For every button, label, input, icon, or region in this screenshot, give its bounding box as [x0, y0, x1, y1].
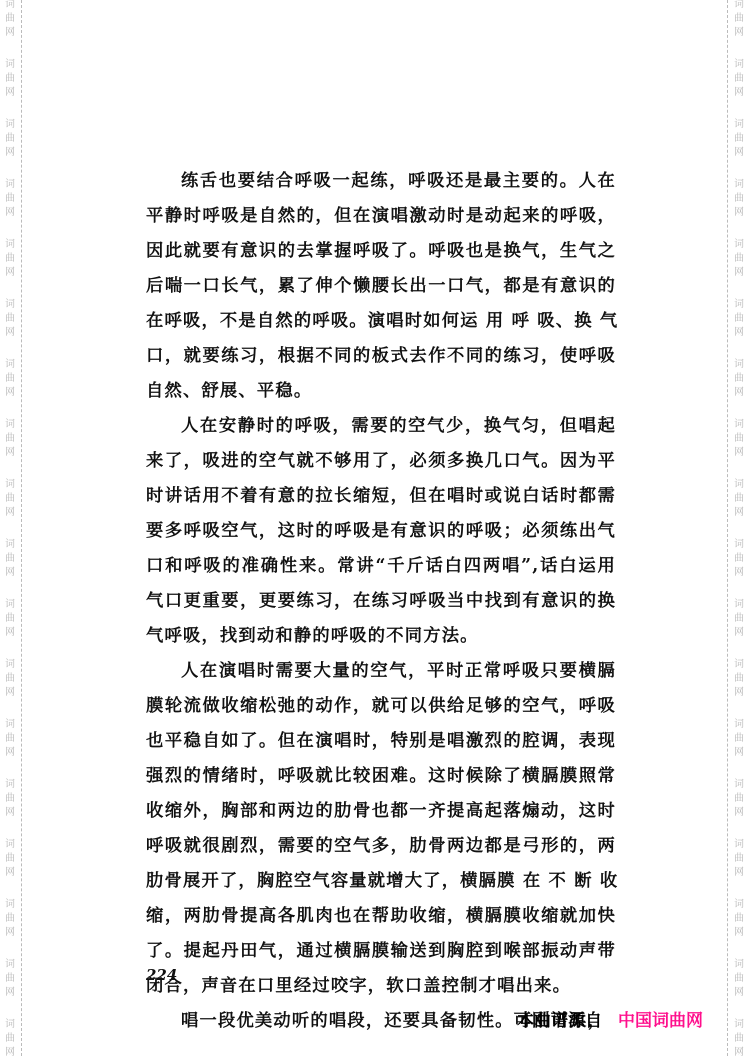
watermark-glyph: 词	[2, 118, 18, 132]
watermark-glyph: 网	[2, 866, 18, 880]
watermark-divider-left	[21, 0, 22, 1056]
watermark-glyph-group: 词曲网	[2, 178, 18, 220]
watermark-glyph: 网	[2, 386, 18, 400]
watermark-glyph: 词	[731, 478, 747, 492]
watermark-glyph: 网	[2, 506, 18, 520]
text-line: 气口更重要，更要练习，在练习呼吸当中找到有意识的换	[146, 584, 616, 619]
watermark-glyph-group: 词曲网	[2, 838, 18, 880]
watermark-glyph: 网	[731, 626, 747, 640]
text-line: 时讲话用不着有意的拉长缩短，但在唱时或说白话时都需	[146, 479, 616, 514]
watermark-glyph: 网	[731, 86, 747, 100]
watermark-glyph: 词	[731, 658, 747, 672]
watermark-glyph-group: 词曲网	[2, 298, 18, 340]
watermark-glyph: 词	[731, 1018, 747, 1032]
watermark-glyph-group: 词曲网	[731, 298, 747, 340]
watermark-glyph-group: 词曲网	[731, 238, 747, 280]
watermark-glyph: 网	[2, 26, 18, 40]
watermark-glyph: 词	[2, 478, 18, 492]
watermark-glyph: 网	[2, 206, 18, 220]
watermark-glyph: 曲	[731, 852, 747, 866]
watermark-glyph: 网	[2, 626, 18, 640]
watermark-glyph: 词	[2, 58, 18, 72]
watermark-glyph: 曲	[2, 492, 18, 506]
source-site-link[interactable]: 中国词曲网	[618, 1011, 703, 1031]
watermark-glyph: 曲	[731, 12, 747, 26]
watermark-glyph: 曲	[731, 192, 747, 206]
text-line: 平静时呼吸是自然的，但在演唱激动时是动起来的呼吸，	[146, 199, 616, 234]
watermark-glyph: 网	[731, 806, 747, 820]
watermark-glyph: 网	[731, 146, 747, 160]
watermark-glyph: 词	[2, 538, 18, 552]
watermark-glyph: 词	[2, 778, 18, 792]
watermark-glyph: 词	[2, 898, 18, 912]
text-line: 自然、舒展、平稳。	[146, 374, 616, 409]
watermark-glyph-group: 词曲网	[731, 658, 747, 700]
watermark-glyph: 词	[731, 838, 747, 852]
watermark-glyph: 网	[731, 986, 747, 1000]
watermark-glyph: 曲	[731, 1032, 747, 1046]
watermark-glyph-group: 词曲网	[2, 898, 18, 940]
watermark-glyph: 词	[731, 58, 747, 72]
watermark-glyph: 网	[731, 926, 747, 940]
watermark-glyph: 曲	[731, 612, 747, 626]
watermark-glyph-group: 词曲网	[2, 538, 18, 580]
watermark-glyph-group: 词曲网	[2, 718, 18, 760]
watermark-glyph: 词	[731, 238, 747, 252]
watermark-column-left: 词曲网词曲网词曲网词曲网词曲网词曲网词曲网词曲网词曲网词曲网词曲网词曲网词曲网词…	[0, 0, 20, 1056]
watermark-glyph-group: 词曲网	[2, 778, 18, 820]
text-line: 强烈的情绪时，呼吸就比较困难。这时候除了横膈膜照常	[146, 759, 616, 794]
text-line: 练舌也要结合呼吸一起练，呼吸还是最主要的。人在	[146, 164, 616, 199]
watermark-glyph: 曲	[2, 252, 18, 266]
watermark-glyph: 词	[731, 718, 747, 732]
watermark-glyph-group: 词曲网	[2, 658, 18, 700]
watermark-divider-right	[727, 0, 728, 1056]
watermark-column-right: 词曲网词曲网词曲网词曲网词曲网词曲网词曲网词曲网词曲网词曲网词曲网词曲网词曲网词…	[729, 0, 749, 1056]
watermark-glyph: 网	[731, 1046, 747, 1056]
watermark-glyph-group: 词曲网	[731, 958, 747, 1000]
watermark-glyph: 网	[731, 326, 747, 340]
watermark-glyph: 词	[2, 358, 18, 372]
watermark-glyph: 词	[2, 718, 18, 732]
text-line: 来了，吸进的空气就不够用了，必须多换几口气。因为平	[146, 444, 616, 479]
watermark-glyph: 曲	[2, 792, 18, 806]
watermark-glyph: 网	[731, 566, 747, 580]
watermark-glyph: 词	[731, 418, 747, 432]
text-line: 缩，两肋骨提高各肌肉也在帮助收缩，横膈膜收缩就加快	[146, 899, 616, 934]
watermark-glyph: 曲	[2, 72, 18, 86]
watermark-glyph: 词	[731, 778, 747, 792]
watermark-glyph: 网	[2, 926, 18, 940]
watermark-glyph-group: 词曲网	[731, 118, 747, 160]
watermark-glyph: 曲	[2, 372, 18, 386]
watermark-glyph: 网	[2, 266, 18, 280]
watermark-glyph: 曲	[731, 972, 747, 986]
watermark-glyph: 曲	[2, 1032, 18, 1046]
watermark-glyph: 词	[731, 358, 747, 372]
watermark-glyph: 词	[2, 958, 18, 972]
text-line: 收缩外，胸部和两边的肋骨也都一齐提高起落煽动，这时	[146, 794, 616, 829]
watermark-glyph: 词	[2, 298, 18, 312]
watermark-glyph: 曲	[2, 132, 18, 146]
watermark-glyph-group: 词曲网	[731, 538, 747, 580]
watermark-glyph-group: 词曲网	[2, 58, 18, 100]
watermark-glyph-group: 词曲网	[2, 358, 18, 400]
watermark-glyph: 词	[2, 238, 18, 252]
watermark-glyph: 曲	[731, 552, 747, 566]
text-line: 要多呼吸空气，这时的呼吸是有意识的呼吸；必须练出气	[146, 514, 616, 549]
watermark-glyph: 网	[731, 386, 747, 400]
text-line: 口，就要练习，根据不同的板式去作不同的练习，使呼吸	[146, 339, 616, 374]
watermark-glyph: 曲	[2, 912, 18, 926]
watermark-glyph: 词	[731, 598, 747, 612]
watermark-glyph: 网	[2, 686, 18, 700]
watermark-glyph: 词	[2, 598, 18, 612]
watermark-glyph: 曲	[2, 552, 18, 566]
text-line: 气呼吸，找到动和静的呼吸的不同方法。	[146, 619, 616, 654]
watermark-glyph: 曲	[731, 732, 747, 746]
watermark-glyph: 词	[731, 178, 747, 192]
text-line: 也平稳自如了。但在演唱时，特别是唱激烈的腔调，表现	[146, 724, 616, 759]
source-credit: 本曲谱源自中国词曲网	[517, 1006, 703, 1031]
watermark-glyph: 曲	[2, 612, 18, 626]
watermark-glyph: 词	[731, 298, 747, 312]
watermark-glyph: 词	[731, 0, 747, 12]
watermark-glyph-group: 词曲网	[731, 358, 747, 400]
text-line: 因此就要有意识的去掌握呼吸了。呼吸也是换气，生气之	[146, 234, 616, 269]
watermark-glyph: 词	[2, 178, 18, 192]
watermark-glyph: 网	[2, 1046, 18, 1056]
watermark-glyph: 词	[731, 958, 747, 972]
text-line: 呼吸就很剧烈，需要的空气多，肋骨两边都是弓形的，两	[146, 829, 616, 864]
watermark-glyph-group: 词曲网	[731, 838, 747, 880]
watermark-glyph: 曲	[731, 672, 747, 686]
watermark-glyph: 词	[2, 418, 18, 432]
watermark-glyph: 曲	[731, 432, 747, 446]
watermark-glyph-group: 词曲网	[2, 118, 18, 160]
watermark-glyph: 网	[731, 206, 747, 220]
text-line: 人在演唱时需要大量的空气，平时正常呼吸只要横膈	[146, 654, 616, 689]
watermark-glyph: 网	[2, 806, 18, 820]
watermark-glyph: 网	[731, 446, 747, 460]
watermark-glyph: 曲	[2, 732, 18, 746]
watermark-glyph: 曲	[731, 132, 747, 146]
watermark-glyph-group: 词曲网	[731, 178, 747, 220]
watermark-glyph-group: 词曲网	[731, 418, 747, 460]
text-line: 闭合，声音在口里经过咬字，软口盖控制才唱出来。	[146, 969, 616, 1004]
watermark-glyph: 网	[2, 326, 18, 340]
watermark-glyph: 网	[731, 686, 747, 700]
watermark-glyph-group: 词曲网	[731, 58, 747, 100]
text-line: 膜轮流做收缩松弛的动作，就可以供给足够的空气，呼吸	[146, 689, 616, 724]
watermark-glyph-group: 词曲网	[731, 718, 747, 760]
watermark-glyph-group: 词曲网	[731, 1018, 747, 1056]
text-line: 肋骨展开了，胸腔空气容量就增大了，横膈膜 在 不 断 收	[146, 864, 616, 899]
watermark-glyph-group: 词曲网	[731, 0, 747, 40]
watermark-glyph: 曲	[2, 852, 18, 866]
watermark-glyph-group: 词曲网	[731, 598, 747, 640]
source-label: 本曲谱源自	[517, 1011, 602, 1031]
watermark-glyph: 曲	[2, 312, 18, 326]
watermark-glyph: 网	[2, 566, 18, 580]
watermark-glyph: 曲	[2, 672, 18, 686]
watermark-glyph: 曲	[731, 372, 747, 386]
watermark-glyph-group: 词曲网	[731, 778, 747, 820]
watermark-glyph: 曲	[731, 252, 747, 266]
watermark-glyph: 曲	[731, 312, 747, 326]
watermark-glyph: 网	[2, 146, 18, 160]
watermark-glyph: 网	[2, 446, 18, 460]
watermark-glyph: 词	[731, 118, 747, 132]
watermark-glyph-group: 词曲网	[731, 478, 747, 520]
watermark-glyph: 词	[2, 658, 18, 672]
watermark-glyph: 网	[731, 746, 747, 760]
watermark-glyph-group: 词曲网	[2, 958, 18, 1000]
watermark-glyph: 网	[2, 86, 18, 100]
watermark-glyph-group: 词曲网	[2, 0, 18, 40]
watermark-glyph: 网	[2, 986, 18, 1000]
watermark-glyph-group: 词曲网	[2, 478, 18, 520]
watermark-glyph: 曲	[731, 912, 747, 926]
watermark-glyph: 曲	[731, 492, 747, 506]
watermark-glyph: 词	[2, 1018, 18, 1032]
watermark-glyph: 词	[731, 898, 747, 912]
watermark-glyph: 曲	[2, 432, 18, 446]
watermark-glyph: 网	[731, 266, 747, 280]
watermark-glyph: 网	[2, 746, 18, 760]
text-line: 后喘一口长气，累了伸个懒腰长出一口气，都是有意识的	[146, 269, 616, 304]
watermark-glyph-group: 词曲网	[2, 418, 18, 460]
watermark-glyph: 网	[731, 26, 747, 40]
book-page-text: 练舌也要结合呼吸一起练，呼吸还是最主要的。人在 平静时呼吸是自然的，但在演唱激动…	[146, 164, 616, 1039]
watermark-glyph: 曲	[731, 72, 747, 86]
watermark-glyph-group: 词曲网	[2, 1018, 18, 1056]
watermark-glyph: 词	[2, 838, 18, 852]
watermark-glyph-group: 词曲网	[731, 898, 747, 940]
text-line: 口和呼吸的准确性来。常讲“千斤话白四两唱”,话白运用	[146, 549, 616, 584]
watermark-glyph: 曲	[2, 12, 18, 26]
page-number: 224	[146, 966, 177, 984]
watermark-glyph: 网	[731, 506, 747, 520]
text-line: 在呼吸，不是自然的呼吸。演唱时如何运 用 呼 吸、换 气	[146, 304, 616, 339]
text-line: 人在安静时的呼吸，需要的空气少，换气匀，但唱起	[146, 409, 616, 444]
watermark-glyph: 曲	[2, 972, 18, 986]
watermark-glyph: 网	[731, 866, 747, 880]
watermark-glyph-group: 词曲网	[2, 598, 18, 640]
watermark-glyph: 词	[2, 0, 18, 12]
text-line: 了。提起丹田气，通过横膈膜输送到胸腔到喉部振动声带	[146, 934, 616, 969]
watermark-glyph: 曲	[2, 192, 18, 206]
watermark-glyph-group: 词曲网	[2, 238, 18, 280]
watermark-glyph: 词	[731, 538, 747, 552]
watermark-glyph: 曲	[731, 792, 747, 806]
